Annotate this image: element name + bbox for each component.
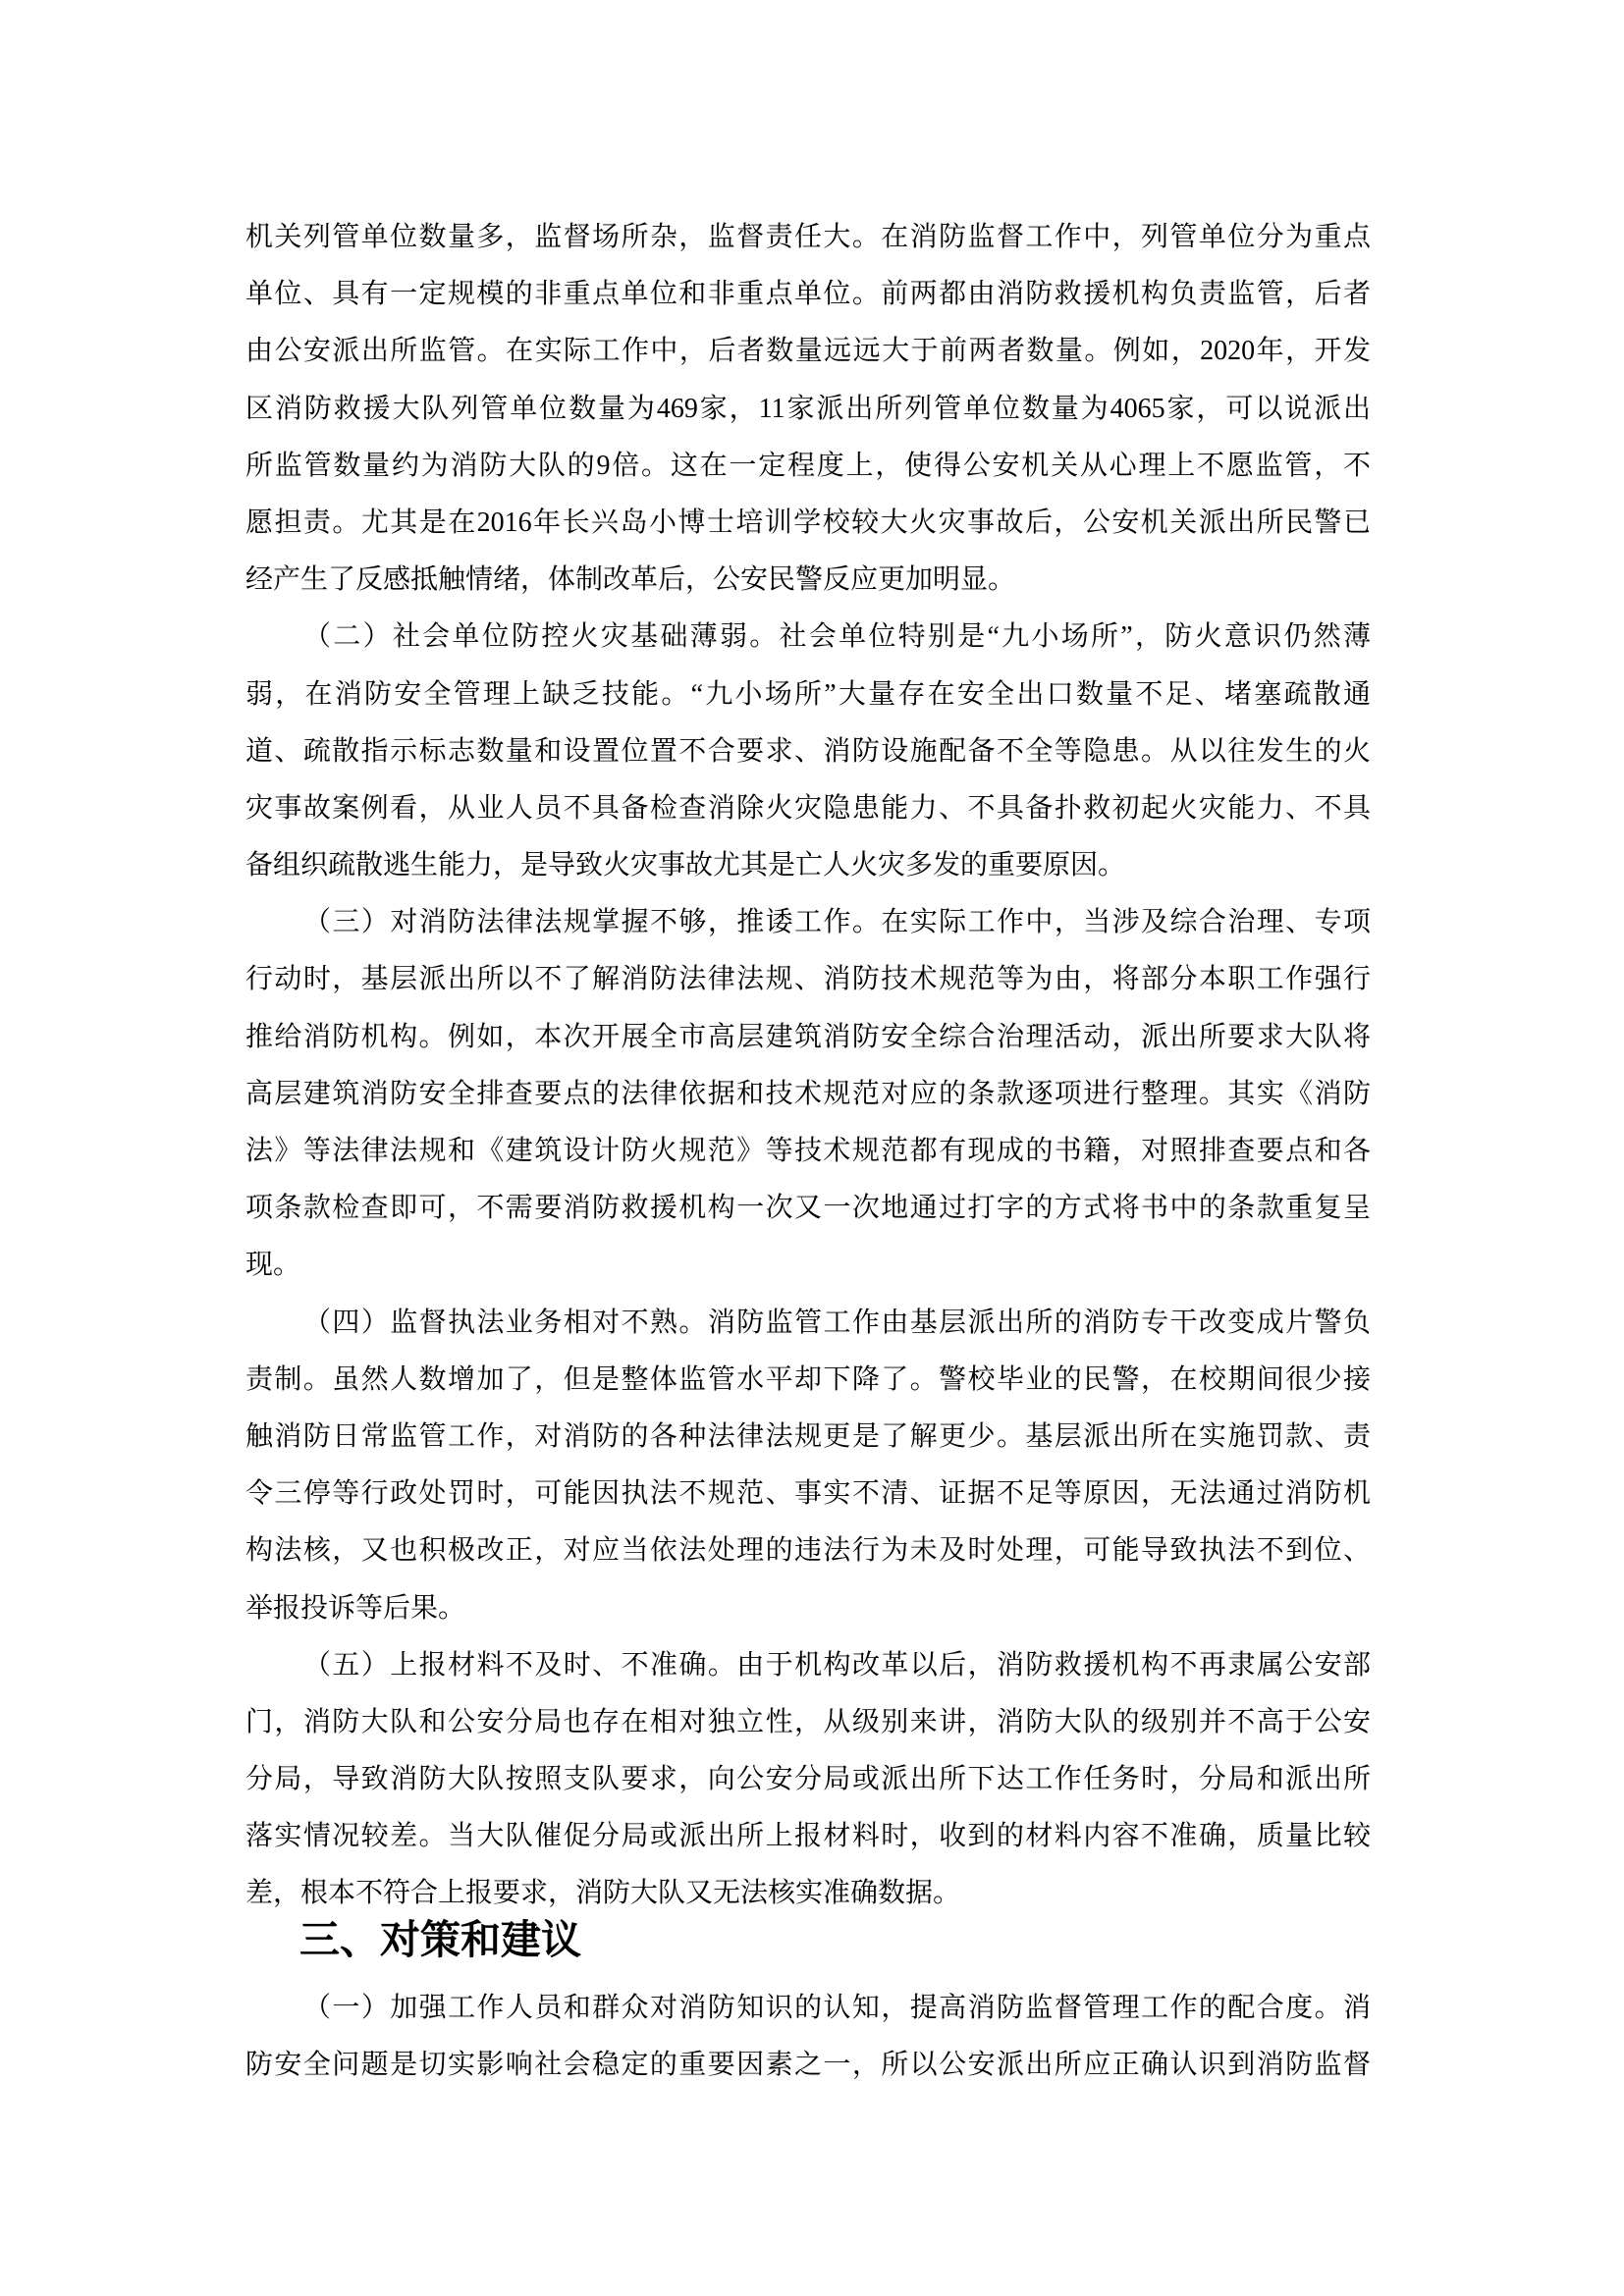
text-line: 项条款检查即可，不需要消防救援机构一次又一次地通过打字的方式将书中的条款重复呈 (245, 1180, 1371, 1237)
text-line: 责制。虽然人数增加了，但是整体监管水平却下降了。警校毕业的民警，在校期间很少接 (245, 1352, 1371, 1409)
text-line: 机关列管单位数量多，监督场所杂，监督责任大。在消防监督工作中，列管单位分为重点 (245, 209, 1371, 266)
text-line: 灾事故案例看，从业人员不具备检查消除火灾隐患能力、不具备扑救初起火灾能力、不具 (245, 780, 1371, 837)
text-line: 由公安派出所监管。在实际工作中，后者数量远远大于前两者数量。例如，2020年，开… (245, 323, 1371, 380)
text-line: （二）社会单位防控火灾基础薄弱。社会单位特别是“九小场所”，防火意识仍然薄 (245, 609, 1371, 666)
text-line: 门，消防大队和公安分局也存在相对独立性，从级别来讲，消防大队的级别并不高于公安 (245, 1694, 1371, 1751)
text-line: 道、疏散指示标志数量和设置位置不合要求、消防设施配备不全等隐患。从以往发生的火 (245, 723, 1371, 780)
text-line: 经产生了反感抵触情绪，体制改革后，公安民警反应更加明显。 (245, 552, 1371, 609)
text-line: 分局，导致消防大队按照支队要求，向公安分局或派出所下达工作任务时，分局和派出所 (245, 1751, 1371, 1808)
section-heading: 三、对策和建议 (245, 1915, 1371, 1972)
text-line: （三）对消防法律法规掌握不够，推诿工作。在实际工作中，当涉及综合治理、专项 (245, 894, 1371, 951)
text-line: 愿担责。尤其是在2016年长兴岛小博士培训学校较大火灾事故后，公安机关派出所民警… (245, 495, 1371, 552)
text-line: 单位、具有一定规模的非重点单位和非重点单位。前两都由消防救援机构负责监管，后者 (245, 266, 1371, 323)
text-line: 行动时，基层派出所以不了解消防法律法规、消防技术规范等为由，将部分本职工作强行 (245, 951, 1371, 1008)
text-line: 备组织疏散逃生能力，是导致火灾事故尤其是亡人火灾多发的重要原因。 (245, 837, 1371, 894)
text-line: （一）加强工作人员和群众对消防知识的认知，提高消防监督管理工作的配合度。消 (245, 1980, 1371, 2037)
text-line: 落实情况较差。当大队催促分局或派出所上报材料时，收到的材料内容不准确，质量比较 (245, 1808, 1371, 1865)
text-line: 高层建筑消防安全排查要点的法律依据和技术规范对应的条款逐项进行整理。其实《消防 (245, 1066, 1371, 1123)
text-block: 机关列管单位数量多，监督场所杂，监督责任大。在消防监督工作中，列管单位分为重点单… (245, 209, 1371, 2094)
text-line: 区消防救援大队列管单位数量为469家，11家派出所列管单位数量为4065家，可以… (245, 381, 1371, 438)
text-line: 法》等法律法规和《建筑设计防火规范》等技术规范都有现成的书籍，对照排查要点和各 (245, 1123, 1371, 1180)
text-line: （五）上报材料不及时、不准确。由于机构改革以后，消防救援机构不再隶属公安部 (245, 1637, 1371, 1694)
text-line: 弱，在消防安全管理上缺乏技能。“九小场所”大量存在安全出口数量不足、堵塞疏散通 (245, 667, 1371, 723)
text-line: 令三停等行政处罚时，可能因执法不规范、事实不清、证据不足等原因，无法通过消防机 (245, 1466, 1371, 1522)
document-page: { "page": { "background": "#ffffff", "te… (0, 0, 1624, 2296)
text-line: 防安全问题是切实影响社会稳定的重要因素之一，所以公安派出所应正确认识到消防监督 (245, 2037, 1371, 2094)
text-line: 举报投诉等后果。 (245, 1580, 1371, 1637)
text-line: 推给消防机构。例如，本次开展全市高层建筑消防安全综合治理活动，派出所要求大队将 (245, 1009, 1371, 1066)
text-line: 所监管数量约为消防大队的9倍。这在一定程度上，使得公安机关从心理上不愿监管，不 (245, 438, 1371, 495)
text-line: 现。 (245, 1237, 1371, 1294)
text-line: 触消防日常监管工作，对消防的各种法律法规更是了解更少。基层派出所在实施罚款、责 (245, 1409, 1371, 1466)
text-line: 构法核，又也积极改正，对应当依法处理的违法行为未及时处理，可能导致执法不到位、 (245, 1522, 1371, 1579)
text-line: （四）监督执法业务相对不熟。消防监管工作由基层派出所的消防专干改变成片警负 (245, 1295, 1371, 1352)
